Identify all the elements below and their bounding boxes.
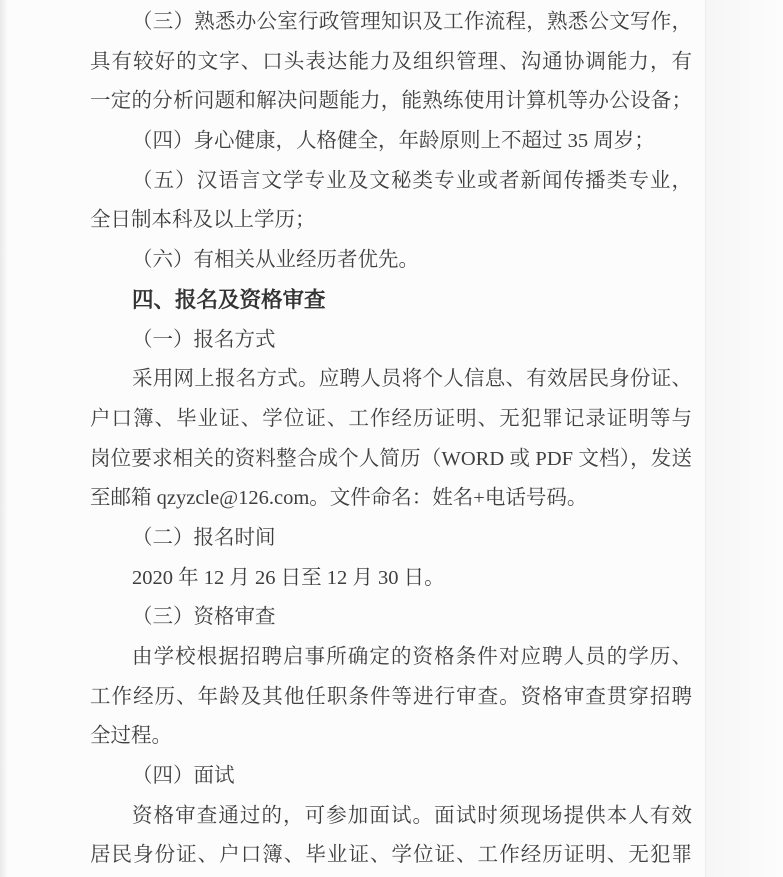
doc-line-method-body-2: 户口簿、毕业证、学位证、工作经历证明、无犯罪记录证明等与	[90, 400, 692, 440]
doc-line-requirement-5: （五）汉语言文学专业及文秘类专业或者新闻传播类专业，	[90, 162, 692, 202]
scan-edge-left	[0, 0, 8, 877]
doc-line-review-body-1: 由学校根据招聘启事所确定的资格条件对应聘人员的学历、	[90, 638, 692, 678]
doc-line-subheading-method: （一）报名方式	[90, 321, 692, 361]
doc-line-method-body-1: 采用网上报名方式。应聘人员将个人信息、有效居民身份证、	[90, 360, 692, 400]
doc-line-requirement-4: （四）身心健康，人格健全，年龄原则上不超过 35 周岁；	[90, 122, 692, 162]
doc-line-requirement-5-cont: 全日制本科及以上学历；	[90, 201, 692, 241]
doc-line-subheading-time: （二）报名时间	[90, 519, 692, 559]
doc-line-subheading-review: （三）资格审查	[90, 598, 692, 638]
doc-line-requirement-3-cont2: 一定的分析问题和解决问题能力，能熟练使用计算机等办公设备；	[90, 82, 692, 122]
doc-line-requirement-6: （六）有相关从业经历者优先。	[90, 241, 692, 281]
section-heading-registration: 四、报名及资格审查	[90, 281, 692, 321]
doc-line-method-body-email: 至邮箱 qzyzcle@126.com。文件命名：姓名+电话号码。	[90, 479, 692, 519]
doc-line-time-body: 2020 年 12 月 26 日至 12 月 30 日。	[90, 559, 692, 599]
doc-line-review-body-3: 全过程。	[90, 717, 692, 757]
doc-line-requirement-3: （三）熟悉办公室行政管理知识及工作流程，熟悉公文写作，	[90, 3, 692, 43]
scan-page-edge-line	[705, 0, 706, 877]
document-page: （三）熟悉办公室行政管理知识及工作流程，熟悉公文写作， 具有较好的文字、口头表达…	[90, 3, 692, 876]
scan-shade-right	[706, 0, 783, 877]
doc-line-method-body-3: 岗位要求相关的资料整合成个人简历（WORD 或 PDF 文档），发送	[90, 440, 692, 480]
doc-line-review-body-2: 工作经历、年龄及其他任职条件等进行审查。资格审查贯穿招聘	[90, 678, 692, 718]
doc-line-requirement-3-cont: 具有较好的文字、口头表达能力及组织管理、沟通协调能力，有	[90, 43, 692, 83]
doc-line-subheading-interview: （四）面试	[90, 757, 692, 797]
doc-line-interview-body-1: 资格审查通过的，可参加面试。面试时须现场提供本人有效	[90, 797, 692, 837]
doc-line-interview-body-2: 居民身份证、户口簿、毕业证、学位证、工作经历证明、无犯罪	[90, 836, 692, 876]
